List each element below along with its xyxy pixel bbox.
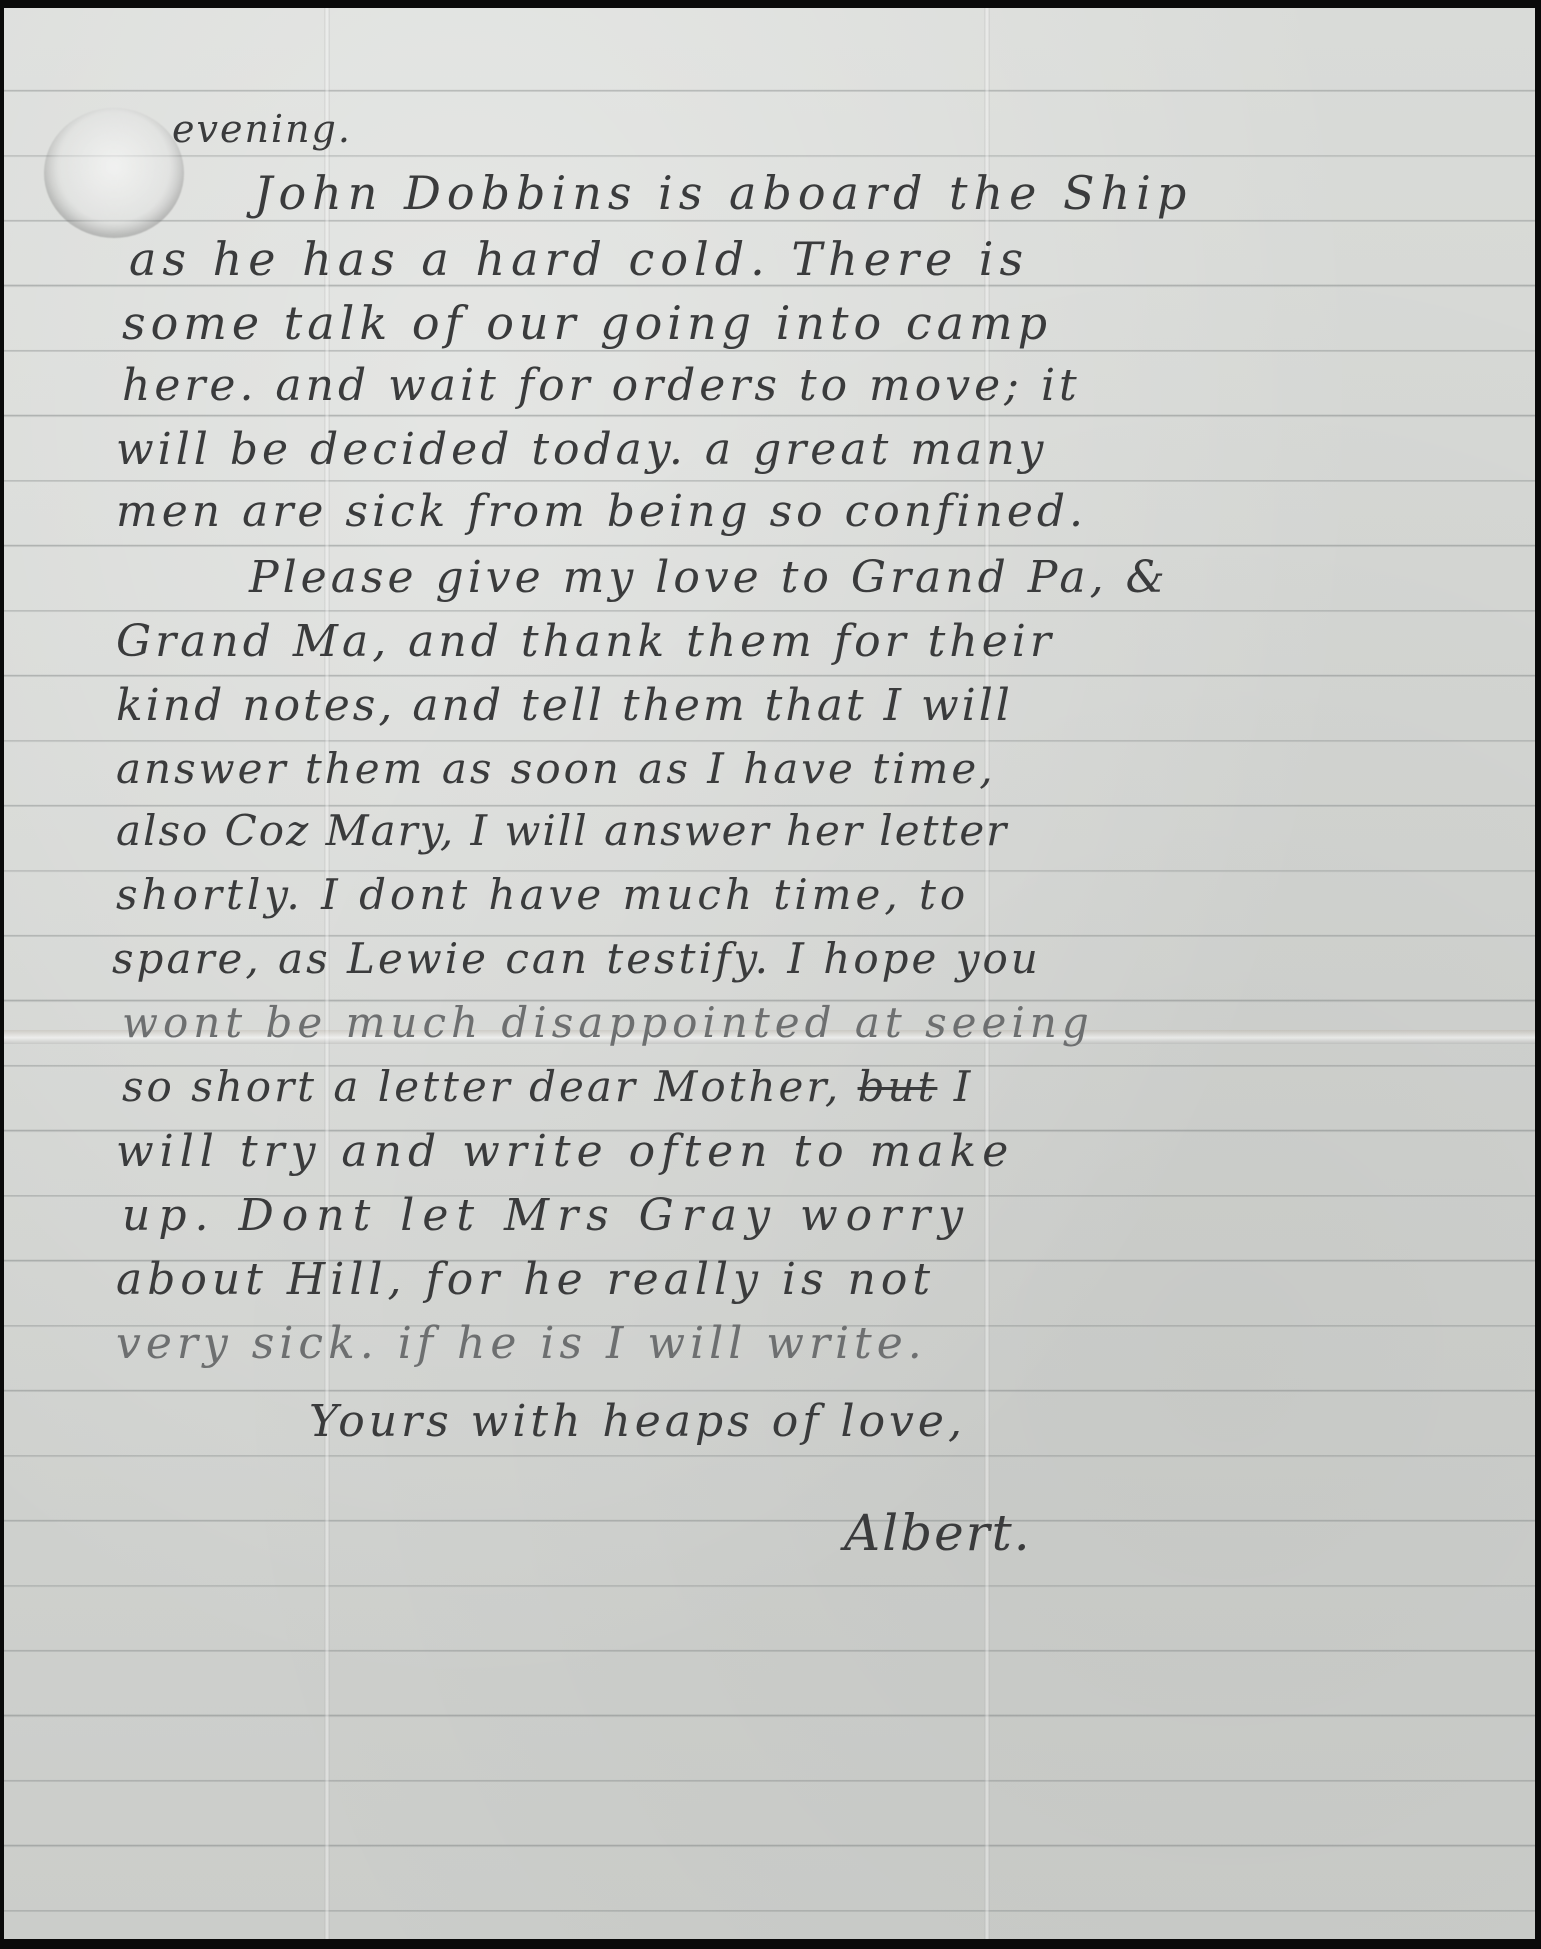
letter-page: evening. John Dobbins is aboard the Ship… — [4, 8, 1535, 1939]
struck-word: but — [858, 1062, 938, 1111]
letter-line: evening. — [172, 110, 352, 148]
letter-line: Grand Ma, and thank them for their — [116, 620, 1055, 664]
closing-line: Yours with heaps of love, — [309, 1400, 966, 1444]
letter-line: kind notes, and tell them that I will — [116, 684, 1013, 728]
letter-line: John Dobbins is aboard the Ship — [254, 170, 1192, 216]
letter-line: answer them as soon as I have time, — [116, 748, 996, 790]
embossed-seal-icon — [44, 108, 184, 238]
signature: Albert. — [844, 1508, 1032, 1558]
letter-line: as he has a hard cold. There is — [129, 236, 1029, 282]
letter-line: will be decided today. a great many — [116, 428, 1047, 472]
letter-line: wont be much disappointed at seeing — [122, 1002, 1094, 1044]
letter-line: also Coz Mary, I will answer her letter — [116, 810, 1008, 852]
letter-line: will try and write often to make — [116, 1130, 1014, 1174]
letter-line: very sick. if he is I will write. — [116, 1322, 927, 1366]
letter-line: some talk of our going into camp — [122, 300, 1052, 346]
letter-line: spare, as Lewie can testify. I hope you — [112, 938, 1041, 980]
letter-line: here. and wait for orders to move; it — [122, 364, 1081, 408]
letter-line: up. Dont let Mrs Gray worry — [122, 1194, 971, 1238]
letter-line: so short a letter dear Mother, but I — [122, 1066, 973, 1108]
letter-line: shortly. I dont have much time, to — [116, 874, 969, 916]
letter-line: Please give my love to Grand Pa, & — [249, 556, 1169, 600]
letter-line: about Hill, for he really is not — [116, 1258, 935, 1302]
letter-line: men are sick from being so confined. — [116, 490, 1087, 534]
